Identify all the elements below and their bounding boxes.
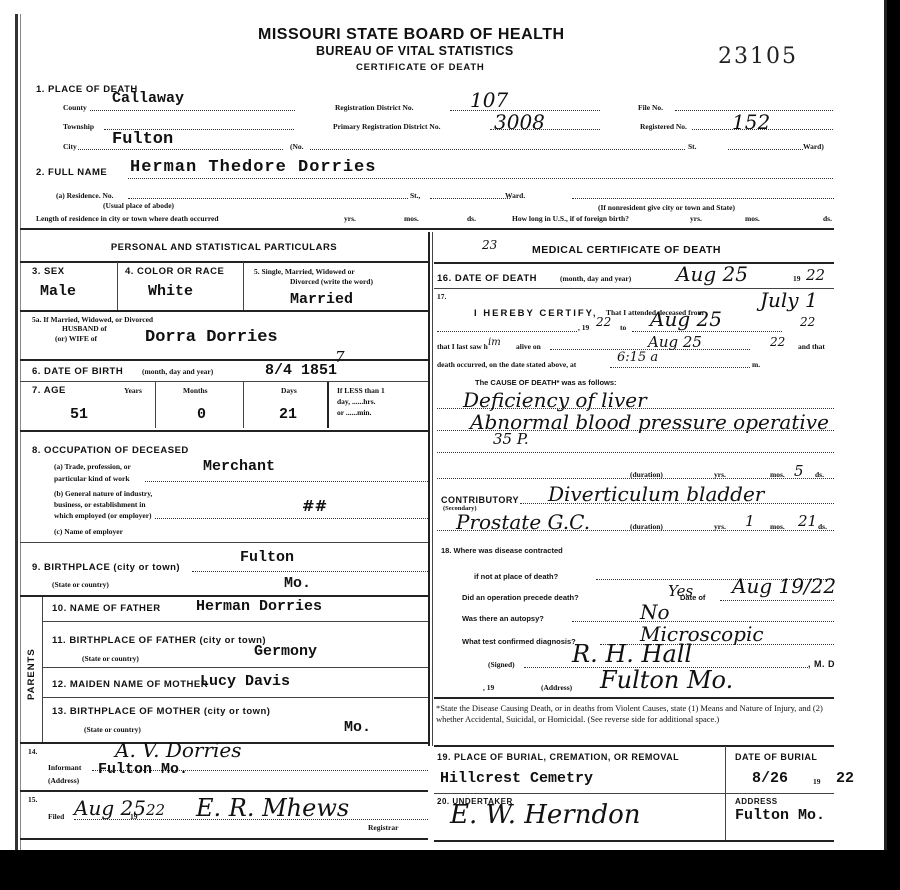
occupation-value: Merchant [203, 458, 275, 475]
marital-label-1: 5. Single, Married, Widowed or [254, 267, 355, 276]
attended-to-label: to [620, 323, 626, 332]
age-label: 7. AGE [32, 385, 66, 396]
duration-label-1: (duration) [630, 470, 663, 479]
duration-yrs-1: yrs. [714, 470, 726, 479]
us-residence-label: How long in U.S., if of foreign birth? [512, 214, 629, 223]
physician-address-label: (Address) [541, 683, 572, 692]
nonresident-label: (If nonresident give city or town and St… [598, 203, 735, 212]
less-than-label-1: If LESS than 1 [337, 386, 385, 395]
bureau-title: BUREAU OF VITAL STATISTICS [316, 44, 514, 58]
birthplace-label: 9. BIRTHPLACE (city or town) [32, 562, 180, 573]
dob-sub-label: (month, day and year) [142, 367, 213, 376]
parents-label: PARENTS [26, 648, 37, 700]
trade-label-2: particular kind of work [54, 474, 130, 483]
dob-label: 6. DATE OF BIRTH [32, 366, 123, 377]
certificate-stamp-number: 23105 [718, 44, 798, 69]
filed-label: Filed [48, 812, 64, 821]
father-birth-state-label: (State or country) [82, 654, 139, 663]
autopsy-label: Was there an autopsy? [462, 614, 544, 623]
attended-to-value: Aug 25 [650, 307, 722, 331]
birthplace-city-value: Fulton [240, 549, 294, 566]
attended-from-value: July 1 [760, 288, 818, 312]
duration-mos-1: mos. [770, 470, 785, 479]
registered-no-value: 152 [732, 110, 770, 134]
certificate-subtitle: CERTIFICATE OF DEATH [356, 62, 485, 73]
industry-label-1: (b) General nature of industry, [54, 489, 152, 498]
spouse-label-2: HUSBAND of [62, 324, 107, 333]
marital-value: Married [290, 291, 353, 308]
death-occurred-label: death occurred, on the date stated above… [437, 360, 576, 369]
m-label: m. [752, 360, 760, 369]
father-name-value: Herman Dorries [196, 598, 322, 615]
informant-no: 14. [28, 747, 37, 756]
margin-note: 23 [482, 238, 497, 252]
spouse-label-3: (or) WIFE of [55, 334, 97, 343]
certify-no: 17. [437, 292, 446, 301]
industry-label-2: business, or establishment in [54, 500, 146, 509]
left-border-inner [20, 14, 21, 850]
industry-value: ## [302, 497, 327, 515]
length-of-residence-label: Length of residence in city or town wher… [36, 214, 219, 223]
mother-birth-state-value: Mo. [344, 719, 371, 736]
undertaker-address-label: ADDRESS [735, 797, 778, 806]
father-birthplace-label: 11. BIRTHPLACE OF FATHER (city or town) [52, 635, 266, 646]
informant-address-label: (Address) [48, 776, 79, 785]
county-value: Callaway [112, 90, 184, 107]
contributory-label: CONTRIBUTORY [441, 495, 519, 505]
city-ward-label: Ward) [803, 142, 824, 151]
and-that-label: and that [798, 342, 825, 351]
primary-registration-label: Primary Registration District No. [333, 122, 440, 131]
employer-label: (c) Name of employer [54, 527, 123, 536]
registered-no-label: Registered No. [640, 122, 687, 131]
sex-label: 3. SEX [32, 266, 65, 277]
signed-label: (Signed) [488, 660, 515, 669]
primary-registration-value: 3008 [494, 110, 545, 134]
burial-year-value: 22 [836, 770, 854, 787]
burial-place-value: Hillcrest Cemetry [440, 770, 593, 787]
cause-footnote: *State the Disease Causing Death, or in … [436, 703, 834, 725]
mother-name-label: 12. MAIDEN NAME OF MOTHER [52, 679, 208, 690]
ds-label-2: ds. [823, 214, 832, 223]
dob-correction: 7 [335, 348, 345, 366]
mother-birth-state-label: (State or country) [84, 725, 141, 734]
full-name-label: 2. FULL NAME [36, 167, 107, 178]
marital-label-2: Divorced (write the word) [290, 277, 373, 286]
sex-value: Male [40, 283, 76, 300]
less-than-label-3: or ......min. [337, 408, 371, 417]
full-name-value: Herman Thedore Dorries [130, 158, 376, 177]
left-border [15, 14, 18, 850]
industry-label-3: which employed (or employer) [54, 511, 152, 520]
age-years-value: 51 [70, 406, 88, 423]
occupation-label: 8. OCCUPATION OF DECEASED [32, 445, 189, 456]
burial-date-label: DATE OF BURIAL [735, 752, 817, 762]
trade-label-1: (a) Trade, profession, or [54, 462, 131, 471]
attend-from-19: , 19 [578, 323, 589, 332]
last-saw-label: that I last saw h [437, 342, 488, 351]
duration-months-2-value: 1 [745, 512, 755, 530]
race-value: White [148, 283, 193, 300]
test-label: What test confirmed diagnosis? [462, 637, 576, 646]
less-than-label-2: day, ......hrs. [337, 397, 376, 406]
mother-name-value: Lucy Davis [200, 673, 290, 690]
burial-date-19: 19 [813, 777, 821, 786]
undertaker-signature: E. W. Herndon [450, 800, 641, 830]
burial-place-label: 19. PLACE OF BURIAL, CREMATION, OR REMOV… [437, 752, 679, 762]
abode-label: (Usual place of abode) [103, 201, 174, 210]
dod-value: Aug 25 [676, 262, 748, 286]
county-label: County [63, 103, 87, 112]
residence-label: (a) Residence. No. [56, 191, 114, 200]
last-saw-value: Aug 25 [648, 333, 702, 351]
md-label: , M. D [808, 659, 835, 669]
physician-address-value: Fulton Mo. [600, 666, 733, 694]
city-value: Fulton [112, 130, 173, 149]
dod-label: 16. DATE OF DEATH [437, 273, 537, 284]
certificate-title: MISSOURI STATE BOARD OF HEALTH [258, 26, 565, 44]
physician-signature: R. H. Hall [572, 640, 692, 668]
dod-19: 19 [793, 274, 801, 283]
age-days-value: 21 [279, 406, 297, 423]
mos-label-2: mos. [745, 214, 760, 223]
registration-district-label: Registration District No. [335, 103, 414, 112]
registrar-signature: E. R. Mhews [196, 794, 349, 822]
ds-label: ds. [467, 214, 476, 223]
mos-label: mos. [404, 214, 419, 223]
operation-label: Did an operation precede death? [462, 593, 579, 602]
operation-date-label: Date of [680, 593, 705, 602]
cause-line-3: 35 P. [493, 430, 529, 448]
duration-days-2-value: 21 [798, 512, 817, 530]
duration-label-2: (duration) [630, 522, 663, 531]
residence-st-label: St., [410, 191, 420, 200]
city-st-label: St. [688, 142, 697, 151]
father-name-label: 10. NAME OF FATHER [52, 603, 161, 614]
father-birth-state-value: Germony [254, 643, 317, 660]
registration-district-value: 107 [470, 88, 508, 112]
burial-date-value: 8/26 [752, 770, 788, 787]
residence-ward-label: Ward. [505, 191, 525, 200]
dob-value: 8/4 1851 [265, 362, 337, 379]
spouse-label-1: 5a. If Married, Widowed, or Divorced [32, 315, 153, 324]
undertaker-address-value: Fulton Mo. [735, 807, 825, 824]
duration-mos-2: mos. [770, 522, 785, 531]
dod-year-value: 22 [806, 266, 825, 284]
filed-year-value: 22 [146, 801, 165, 819]
death-time-value: 6:15 a [617, 350, 658, 365]
filed-no: 15. [28, 795, 37, 804]
where-contracted-label: 18. Where was disease contracted [441, 546, 563, 555]
age-months-value: 0 [197, 406, 206, 423]
duration-days-1-value: 5 [794, 462, 804, 480]
months-label: Months [183, 386, 208, 395]
dod-sub-label: (month, day and year) [560, 274, 631, 283]
informant-address-value: Fulton Mo. [98, 761, 188, 778]
operation-date-value: Aug 19/22 [732, 574, 836, 598]
race-label: 4. COLOR OR RACE [125, 266, 224, 277]
cause-of-death-label: The CAUSE OF DEATH* was as follows: [475, 378, 617, 387]
spouse-value: Dorra Dorries [145, 328, 278, 347]
duration-ds-1: ds. [815, 470, 824, 479]
informant-label: Informant [48, 763, 81, 772]
last-saw-him: im [488, 337, 501, 348]
city-label: City [63, 142, 77, 151]
days-label: Days [281, 386, 297, 395]
not-at-place-label: if not at place of death? [474, 572, 558, 581]
duration-yrs-2: yrs. [714, 522, 726, 531]
file-no-label: File No. [638, 103, 663, 112]
attended-from-year: 22 [596, 315, 611, 329]
attended-to-year: 22 [800, 315, 815, 329]
registrar-label: Registrar [368, 823, 398, 832]
personal-section-title: PERSONAL AND STATISTICAL PARTICULARS [20, 242, 428, 253]
yrs-label: yrs. [344, 214, 356, 223]
yrs-label-2: yrs. [690, 214, 702, 223]
date-19-label: , 19 [483, 683, 494, 692]
township-label: Township [63, 122, 94, 131]
years-label: Years [124, 386, 142, 395]
right-border [884, 0, 887, 850]
city-no-label: (No. [290, 142, 304, 151]
informant-signature: A. V. Dorries [115, 738, 242, 762]
duration-ds-2: ds. [818, 522, 827, 531]
birthplace-state-value: Mo. [284, 575, 311, 592]
certify-heading: I HEREBY CERTIFY, [474, 308, 598, 319]
medical-section-title: MEDICAL CERTIFICATE OF DEATH [532, 244, 721, 256]
death-certificate: MISSOURI STATE BOARD OF HEALTH BUREAU OF… [0, 0, 887, 850]
mother-birthplace-label: 13. BIRTHPLACE OF MOTHER (city or town) [52, 706, 270, 717]
alive-on-label: alive on [516, 342, 541, 351]
birthplace-state-label: (State or country) [52, 580, 109, 589]
last-saw-year: 22 [770, 335, 785, 349]
